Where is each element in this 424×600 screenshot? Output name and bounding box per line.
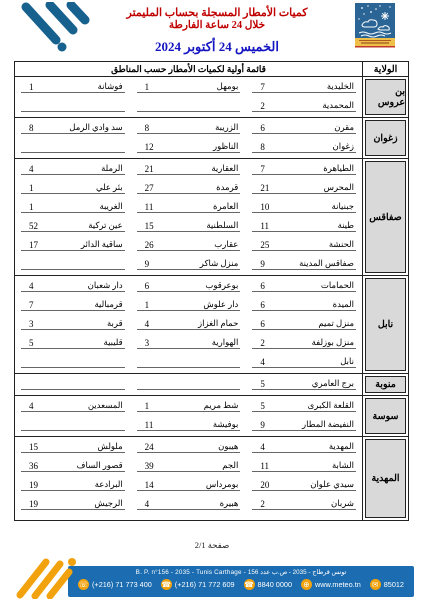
rain-value-mm: 52 [21, 221, 38, 231]
rain-value-mm: 12 [137, 142, 154, 152]
station-name: الطياهرة [323, 163, 356, 174]
rain-value-mm: 14 [137, 480, 154, 490]
wilaya-column: نابل [362, 276, 408, 373]
footer-contacts: ☏(+216) 71 773 400☎(+216) 71 772 609☎884… [68, 576, 414, 590]
rain-value-mm: 25 [252, 240, 269, 250]
footer-contact-item: ☏(+216) 71 773 400 [78, 579, 152, 590]
station-name: هبيرة [220, 498, 241, 509]
footer-contact-label: (+216) 71 773 400 [92, 580, 152, 589]
station-name: المهدية [329, 441, 356, 452]
table-row: 3قربة4حمام الغزاز6منزل تميم [15, 315, 362, 334]
station-name: السلطنية [206, 220, 240, 231]
station-name: مقرن [334, 122, 356, 133]
rain-value-mm: 10 [252, 202, 269, 212]
rain-value-mm: 8 [137, 123, 150, 133]
station-cell: 9النفيضة المطار [252, 417, 356, 431]
report-page: كميات الأمطار المسجلة بحساب المليمتر خلا… [0, 0, 424, 600]
rain-value-mm: 2 [252, 499, 265, 509]
station-name: بئر علي [96, 182, 125, 193]
station-cell: 8سد وادي الرمل [21, 120, 125, 134]
rain-value-mm: 1 [21, 202, 34, 212]
station-cell: 11بوفيشة [137, 417, 241, 431]
station-name: عين تركية [88, 220, 124, 231]
rain-value-mm: 26 [137, 240, 154, 250]
station-cell: 20سيدي علوان [252, 477, 356, 491]
rain-value-mm: 5 [252, 401, 265, 411]
rain-value-mm: 27 [137, 183, 154, 193]
station-name: الحنشة [329, 239, 356, 250]
station-cell: 8زغوان [252, 139, 356, 153]
station-name: طينة [338, 220, 356, 231]
page-number: صفحة 2/1 [0, 540, 424, 551]
station-name: الغريبة [99, 201, 124, 212]
rainfall-table: قائمة أولية لكميات الأمطار حسب المناطق ا… [14, 61, 409, 521]
station-cell [21, 256, 125, 270]
report-title-line2: خلال 24 ساعة الفارطة [90, 20, 344, 32]
wilaya-name: نابل [365, 278, 406, 371]
station-name: بومهل [217, 81, 241, 92]
wilaya-block: 8سد وادي الرمل8الزريبة6مقرن12الناظور8زغو… [15, 117, 408, 158]
station-cell: 4دار شعبان [21, 278, 125, 292]
station-name: شربان [331, 498, 356, 509]
station-name: منزل بوزلفة [312, 337, 356, 348]
rain-value-mm: 4 [252, 357, 265, 367]
rain-value-mm: 1 [137, 401, 150, 411]
table-row: 2المحمدية [15, 97, 362, 116]
station-cell: 15ملولش [21, 439, 125, 453]
station-name: الرملة [101, 163, 125, 174]
station-name: بوعرقوب [205, 280, 240, 291]
rain-value-mm: 1 [21, 183, 34, 193]
wilaya-name: المهدية [365, 439, 406, 518]
rain-value-mm: 4 [21, 401, 34, 411]
wilaya-block: 1فوشانة1بومهل7الخليدية2المحمديةبن عروس [15, 77, 408, 117]
wilaya-name: صفاقس [365, 161, 406, 273]
station-name: زغوان [332, 141, 356, 152]
rain-value-mm: 5 [21, 338, 34, 348]
rain-value-mm: 24 [137, 442, 154, 452]
station-cell: 1شط مريم [137, 398, 241, 412]
station-rows: 1فوشانة1بومهل7الخليدية2المحمدية [15, 77, 362, 117]
table-row: 8سد وادي الرمل8الزريبة6مقرن [15, 119, 362, 138]
footer-contact-label: 85012 [384, 580, 404, 589]
station-cell: 11الشابة [252, 458, 356, 472]
footer-bar: B. P. n°156 - 2035 - Tunis Carthage - تو… [68, 566, 414, 597]
station-cell: 1بئر علي [21, 180, 125, 194]
station-name: العقارية [211, 163, 240, 174]
station-rows: 4المسعدين1شط مريم5القلعة الكبرى11بوفيشة9… [15, 396, 362, 436]
station-cell: 15السلطنية [137, 218, 241, 232]
rain-value-mm: 39 [137, 461, 154, 471]
station-name: النفيضة المطار [302, 419, 356, 430]
station-cell [21, 376, 125, 390]
station-name: الرجيش [94, 498, 124, 509]
footer-contact-item: ✉85012 [370, 579, 404, 590]
rain-value-mm: 6 [252, 281, 265, 291]
rain-value-mm: 4 [21, 281, 34, 291]
wilaya-column: منوبة [362, 374, 408, 395]
table-blocks: 1فوشانة1بومهل7الخليدية2المحمديةبن عروس8س… [15, 77, 408, 520]
wilaya-name: بن عروس [365, 79, 406, 115]
rain-value-mm: 1 [137, 300, 150, 310]
rain-value-mm: 36 [21, 461, 38, 471]
station-cell: 5برج العامري [252, 376, 356, 390]
wilaya-column: زغوان [362, 118, 408, 158]
table-row: 36قصور الساف39الجم11الشابة [15, 457, 362, 476]
rain-value-mm: 8 [252, 142, 265, 152]
rain-value-mm: 4 [21, 164, 34, 174]
station-cell: 4المهدية [252, 439, 356, 453]
fax-icon: ☏ [78, 579, 89, 590]
station-cell: 6منزل تميم [252, 316, 356, 330]
rain-value-mm: 6 [252, 300, 265, 310]
station-name: المحرس [324, 182, 356, 193]
rain-value-mm: 3 [21, 319, 34, 329]
station-name: منزل شاكر [200, 258, 241, 269]
station-cell: 9منزل شاكر [137, 256, 241, 270]
station-name: ملولش [97, 441, 124, 452]
station-name: الناظور [213, 141, 240, 152]
rain-value-mm: 1 [137, 82, 150, 92]
wilaya-column: المهدية [362, 437, 408, 520]
table-row: 5برج العامري [15, 375, 362, 394]
rain-value-mm: 21 [252, 183, 269, 193]
station-name: الهوارية [212, 337, 241, 348]
rain-value-mm: 6 [252, 123, 265, 133]
wilaya-column-header: الولاية [362, 62, 408, 76]
station-cell: 21المحرس [252, 180, 356, 194]
station-cell: 36قصور الساف [21, 458, 125, 472]
station-cell: 25الحنشة [252, 237, 356, 251]
station-name: نابل [340, 356, 356, 367]
station-name: المحمدية [322, 100, 356, 111]
station-name: جبنيانة [332, 201, 356, 212]
station-cell: 5قليبية [21, 335, 125, 349]
station-cell: 4نابل [252, 354, 356, 368]
station-cell: 52عين تركية [21, 218, 125, 232]
wilaya-block: 15ملولش24هيبون4المهدية36قصور الساف39الجم… [15, 436, 408, 520]
station-cell: 1الغريبة [21, 199, 125, 213]
station-name: قليبية [104, 337, 125, 348]
station-name: برج العامري [312, 378, 356, 389]
station-cell: 27قرمدة [137, 180, 241, 194]
wilaya-name: زغوان [365, 120, 406, 156]
station-cell: 11طينة [252, 218, 356, 232]
wilaya-column: بن عروس [362, 77, 408, 117]
station-cell [137, 376, 241, 390]
station-cell [21, 417, 125, 431]
station-cell [21, 354, 125, 368]
station-name: سد وادي الرمل [69, 122, 124, 133]
wilaya-block: 4الرملة21العقارية7الطياهرة1بئر علي27قرمد… [15, 158, 408, 275]
rain-value-mm: 6 [137, 281, 150, 291]
station-cell: 1بومهل [137, 79, 241, 93]
station-cell: 7الخليدية [252, 79, 356, 93]
table-row: 4نابل [15, 353, 362, 372]
rain-value-mm: 2 [252, 101, 265, 111]
phone-icon: ☎ [161, 579, 172, 590]
station-name: صفاقس المدينة [299, 258, 356, 269]
station-name: البرادعة [95, 479, 125, 490]
report-date: الخميس 24 أكتوبر 2024 [90, 39, 344, 55]
station-cell: 4حمام الغزاز [137, 316, 241, 330]
rain-value-mm: 6 [252, 319, 265, 329]
logo-dot [58, 43, 67, 52]
station-cell: 7الطياهرة [252, 161, 356, 175]
wilaya-column: صفاقس [362, 159, 408, 275]
station-cell: 19الرجيش [21, 496, 125, 510]
station-cell: 39الجم [137, 458, 241, 472]
rain-value-mm: 7 [252, 82, 265, 92]
rain-value-mm: 20 [252, 480, 269, 490]
station-name: الخليدية [327, 81, 356, 92]
station-rows: 8سد وادي الرمل8الزريبة6مقرن12الناظور8زغو… [15, 118, 362, 158]
table-row: 12الناظور8زغوان [15, 138, 362, 157]
station-cell: 3قربة [21, 316, 125, 330]
station-name: الجم [222, 460, 240, 471]
table-row: 7قرمبالية1دار علوش6الميدة [15, 296, 362, 315]
rain-value-mm: 9 [252, 259, 265, 269]
rain-value-mm: 5 [252, 379, 265, 389]
rain-value-mm: 15 [137, 221, 154, 231]
rain-value-mm: 15 [21, 442, 38, 452]
station-cell: 19البرادعة [21, 477, 125, 491]
station-cell: 14بومرداس [137, 477, 241, 491]
station-cell: 7قرمبالية [21, 297, 125, 311]
footer-address: B. P. n°156 - 2035 - Tunis Carthage - تو… [68, 569, 414, 576]
station-cell: 21العقارية [137, 161, 241, 175]
report-title-line1: كميات الأمطار المسجلة بحساب المليمتر [90, 7, 344, 20]
station-cell: 5القلعة الكبرى [252, 398, 356, 412]
wilaya-name: سوسة [365, 398, 406, 434]
station-name: فوشانة [98, 81, 125, 92]
website-icon: ⊕ [301, 579, 312, 590]
rain-value-mm: 4 [137, 499, 150, 509]
station-name: منزل تميم [318, 318, 356, 329]
station-name: حمام الغزاز [198, 318, 240, 329]
wilaya-column: سوسة [362, 396, 408, 436]
station-cell: 4الرملة [21, 161, 125, 175]
rain-value-mm: 11 [252, 461, 269, 471]
station-name: دار علوش [203, 299, 240, 310]
rain-value-mm: 17 [21, 240, 38, 250]
station-name: العامرة [213, 201, 240, 212]
table-row: 52عين تركية15السلطنية11طينة [15, 217, 362, 236]
station-rows: 4دار شعبان6بوعرقوب6الحمامات7قرمبالية1دار… [15, 276, 362, 373]
station-name: بومرداس [206, 479, 241, 490]
station-cell: 17ساقية الدائر [21, 237, 125, 251]
station-name: هيبون [218, 441, 240, 452]
rain-value-mm: 9 [137, 259, 150, 269]
station-cell: 26عقارب [137, 237, 241, 251]
footer-contact-label: 8840 0000 [258, 580, 293, 589]
sms-icon: ✉ [370, 579, 381, 590]
station-cell [137, 98, 241, 112]
wilaya-block: 4المسعدين1شط مريم5القلعة الكبرى11بوفيشة9… [15, 395, 408, 436]
table-row: 1بئر علي27قرمدة21المحرس [15, 179, 362, 198]
table-row: 19البرادعة14بومرداس20سيدي علوان [15, 476, 362, 495]
station-name: قربة [107, 318, 125, 329]
call-center-icon: ☎ [244, 579, 255, 590]
table-row: 1الغريبة11العامرة10جبنيانة [15, 198, 362, 217]
station-name: الحمامات [321, 280, 356, 291]
footer-address-ar: تونس قرطاج - 2035 - ص.ب عدد 156 [248, 569, 346, 576]
wilaya-block: 4دار شعبان6بوعرقوب6الحمامات7قرمبالية1دار… [15, 275, 408, 373]
station-rows: 15ملولش24هيبون4المهدية36قصور الساف39الجم… [15, 437, 362, 520]
rain-value-mm: 19 [21, 480, 38, 490]
footer-contact-label: www.meteo.tn [315, 580, 361, 589]
rain-value-mm: 4 [252, 442, 265, 452]
station-cell: 12الناظور [137, 139, 241, 153]
rain-value-mm: 11 [137, 420, 154, 430]
station-name: سيدي علوان [310, 479, 356, 490]
rain-value-mm: 21 [137, 164, 154, 174]
station-cell: 10جبنيانة [252, 199, 356, 213]
station-cell: 24هيبون [137, 439, 241, 453]
table-row: 4الرملة21العقارية7الطياهرة [15, 160, 362, 179]
station-cell: 3الهوارية [137, 335, 241, 349]
table-header-row: قائمة أولية لكميات الأمطار حسب المناطق ا… [15, 62, 408, 77]
table-row: 4المسعدين1شط مريم5القلعة الكبرى [15, 397, 362, 416]
station-cell: 6الميدة [252, 297, 356, 311]
wilaya-block: 5برج العامريمنوبة [15, 373, 408, 395]
wilaya-name: منوبة [365, 376, 406, 393]
table-row: 19الرجيش4هبيرة2شربان [15, 495, 362, 514]
station-cell: 6مقرن [252, 120, 356, 134]
table-row: 1فوشانة1بومهل7الخليدية [15, 78, 362, 97]
station-name: قرمبالية [94, 299, 124, 310]
footer-contact-item: ☎8840 0000 [244, 579, 293, 590]
station-cell: 2المحمدية [252, 98, 356, 112]
station-name: قصور الساف [77, 460, 125, 471]
station-cell: 1دار علوش [137, 297, 241, 311]
footer-contact-item: ☎(+216) 71 772 609 [161, 579, 235, 590]
table-title: قائمة أولية لكميات الأمطار حسب المناطق [15, 62, 362, 76]
rain-value-mm: 7 [252, 164, 265, 174]
station-name: قرمدة [216, 182, 240, 193]
station-cell: 2منزل بوزلفة [252, 335, 356, 349]
station-rows: 5برج العامري [15, 374, 362, 395]
header-titles: كميات الأمطار المسجلة بحساب المليمتر خلا… [90, 7, 344, 55]
station-cell: 4هبيرة [137, 496, 241, 510]
station-name: ساقية الدائر [81, 239, 125, 250]
rain-value-mm: 8 [21, 123, 34, 133]
rain-value-mm: 9 [252, 420, 265, 430]
rain-value-mm: 1 [21, 82, 34, 92]
footer-address-fr: B. P. n°156 - 2035 - Tunis Carthage [136, 569, 242, 576]
table-row: 9منزل شاكر9صفاقس المدينة [15, 255, 362, 274]
station-name: دار شعبان [88, 280, 125, 291]
station-name: عقارب [214, 239, 240, 250]
table-row: 11بوفيشة9النفيضة المطار [15, 416, 362, 435]
station-cell: 11العامرة [137, 199, 241, 213]
footer-contact-label: (+216) 71 772 609 [175, 580, 235, 589]
rain-value-mm: 3 [137, 338, 150, 348]
footer-contact-item: ⊕www.meteo.tn [301, 579, 361, 590]
table-row: 15ملولش24هيبون4المهدية [15, 438, 362, 457]
station-name: المسعدين [88, 400, 125, 411]
station-cell: 8الزريبة [137, 120, 241, 134]
station-name: الميدة [333, 299, 356, 310]
station-cell: 9صفاقس المدينة [252, 256, 356, 270]
station-name: الزريبة [215, 122, 240, 133]
station-cell [137, 354, 241, 368]
station-cell [21, 139, 125, 153]
station-cell: 6الحمامات [252, 278, 356, 292]
station-cell: 6بوعرقوب [137, 278, 241, 292]
rain-value-mm: 11 [252, 221, 269, 231]
table-row: 4دار شعبان6بوعرقوب6الحمامات [15, 277, 362, 296]
station-cell: 2شربان [252, 496, 356, 510]
inm-stripes-logo-icon [10, 2, 90, 52]
station-name: بوفيشة [213, 419, 241, 430]
footer-stripes-logo-icon [12, 551, 78, 599]
rain-value-mm: 2 [252, 338, 265, 348]
table-row: 17ساقية الدائر26عقارب25الحنشة [15, 236, 362, 255]
station-cell: 1فوشانة [21, 79, 125, 93]
rain-value-mm: 4 [137, 319, 150, 329]
rain-value-mm: 19 [21, 499, 38, 509]
station-rows: 4الرملة21العقارية7الطياهرة1بئر علي27قرمد… [15, 159, 362, 275]
rain-value-mm: 11 [137, 202, 154, 212]
station-name: القلعة الكبرى [308, 400, 356, 411]
station-cell: 4المسعدين [21, 398, 125, 412]
rain-value-mm: 7 [21, 300, 34, 310]
table-row: 5قليبية3الهوارية2منزل بوزلفة [15, 334, 362, 353]
station-name: شط مريم [204, 400, 241, 411]
station-cell [21, 98, 125, 112]
station-name: الشابة [332, 460, 356, 471]
meteo-institute-emblem-icon [354, 3, 396, 48]
